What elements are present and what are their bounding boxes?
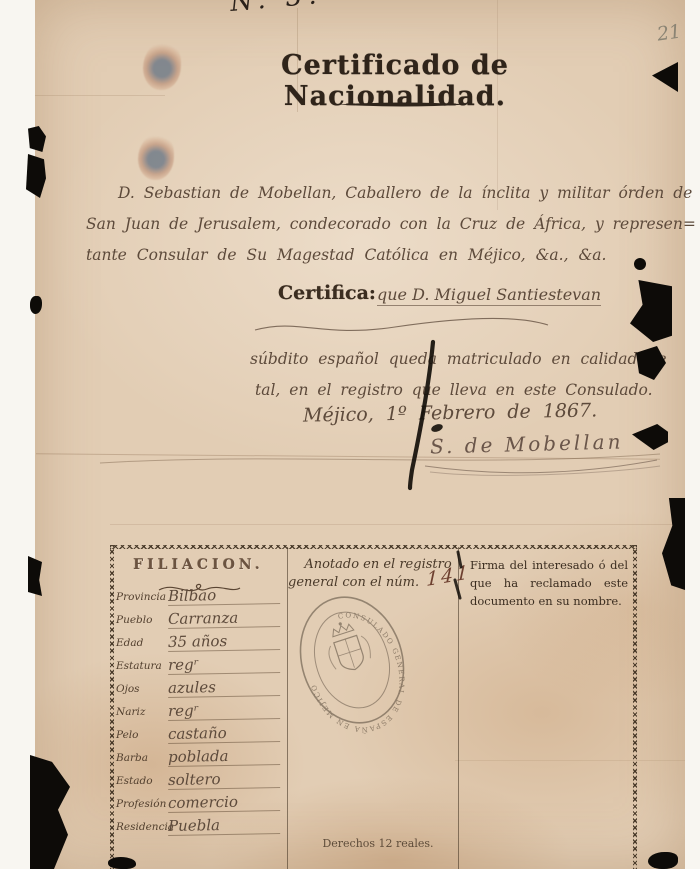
certifica-label: Certifica: [278, 282, 376, 304]
field-row-residencia: ResidenciaPuebla [116, 813, 284, 835]
table-column-divider [287, 547, 288, 869]
field-value: regʳ [168, 700, 280, 721]
field-value: Bilbao [168, 585, 280, 606]
field-label: Residencia [116, 821, 174, 833]
field-value: soltero [168, 769, 280, 790]
body-line-2: San Juan de Jerusalem, condecorado con l… [86, 215, 696, 233]
field-value: Carranza [168, 608, 280, 629]
field-value: 35 años [168, 631, 280, 652]
field-label: Estatura [116, 660, 162, 672]
ink-stain [143, 42, 181, 90]
table-column-divider [458, 547, 459, 869]
page-number-pencil: 21 [656, 20, 683, 45]
field-row-provincia: ProvinciaBilbao [116, 583, 284, 605]
table-border-left [110, 545, 114, 869]
torn-edge [108, 857, 136, 869]
field-value: Puebla [168, 815, 280, 836]
scan-right-margin [685, 0, 700, 869]
field-label: Pelo [116, 729, 139, 741]
fold-crease-horizontal [110, 524, 685, 525]
title-divider-rule [337, 102, 467, 107]
ink-stain [138, 134, 174, 180]
field-label: Barba [116, 752, 148, 764]
table-border-top [110, 545, 637, 549]
field-row-profesion: Profesióncomercio [116, 790, 284, 812]
field-row-nariz: Narizregʳ [116, 698, 284, 720]
fold-crease-horizontal [35, 95, 165, 96]
field-row-edad: Edad35 años [116, 629, 284, 651]
torn-edge [648, 852, 678, 869]
field-label: Profesión [116, 798, 166, 810]
field-value: azules [168, 677, 280, 698]
signature-instruction: Firma del interesado ó del que ha reclam… [470, 557, 628, 610]
field-value: comercio [168, 792, 280, 813]
place-date-line: Méjico, 1º Febrero de 1867. [303, 399, 598, 426]
field-row-estatura: Estaturaregʳ [116, 652, 284, 674]
field-label: Pueblo [116, 614, 152, 626]
body-line-4: súbdito español queda matriculado en cal… [250, 350, 667, 368]
field-value: regʳ [168, 654, 280, 675]
field-row-pueblo: PuebloCarranza [116, 606, 284, 628]
certified-person-name: que D. Miguel Santiestevan [377, 285, 601, 306]
filiacion-header: FILIACION. [110, 557, 287, 573]
field-label: Provincia [116, 591, 166, 603]
body-line-5: tal, en el registro que lleva en este Co… [255, 381, 653, 399]
top-margin-note: N. 3. [229, 0, 324, 18]
body-line-3: tante Consular de Su Magestad Católica e… [86, 246, 606, 264]
field-label: Edad [116, 637, 143, 649]
field-row-ojos: Ojosazules [116, 675, 284, 697]
field-row-estado: Estadosoltero [116, 767, 284, 789]
document-paper: N. 3. 21 Certificado de Nacionalidad. D.… [35, 0, 685, 869]
table-border-right [633, 545, 637, 869]
fee-note: Derechos 12 reales. [298, 837, 458, 850]
registry-table: FILIACION. ProvinciaBilbao PuebloCarranz… [110, 545, 637, 869]
registry-note-line2: general con el núm. [288, 575, 419, 590]
field-label: Ojos [116, 683, 140, 695]
scanned-document: N. 3. 21 Certificado de Nacionalidad. D.… [0, 0, 700, 869]
torn-edge [634, 258, 646, 270]
field-row-pelo: Pelocastaño [116, 721, 284, 743]
consul-signature: S. de Mobellan [430, 429, 624, 458]
body-line-1: D. Sebastian de Mobellan, Caballero de l… [118, 184, 692, 202]
field-value: castaño [168, 723, 280, 744]
field-label: Estado [116, 775, 153, 787]
field-value: poblada [168, 746, 280, 767]
field-row-barba: Barbapoblada [116, 744, 284, 766]
field-label: Nariz [116, 706, 145, 718]
